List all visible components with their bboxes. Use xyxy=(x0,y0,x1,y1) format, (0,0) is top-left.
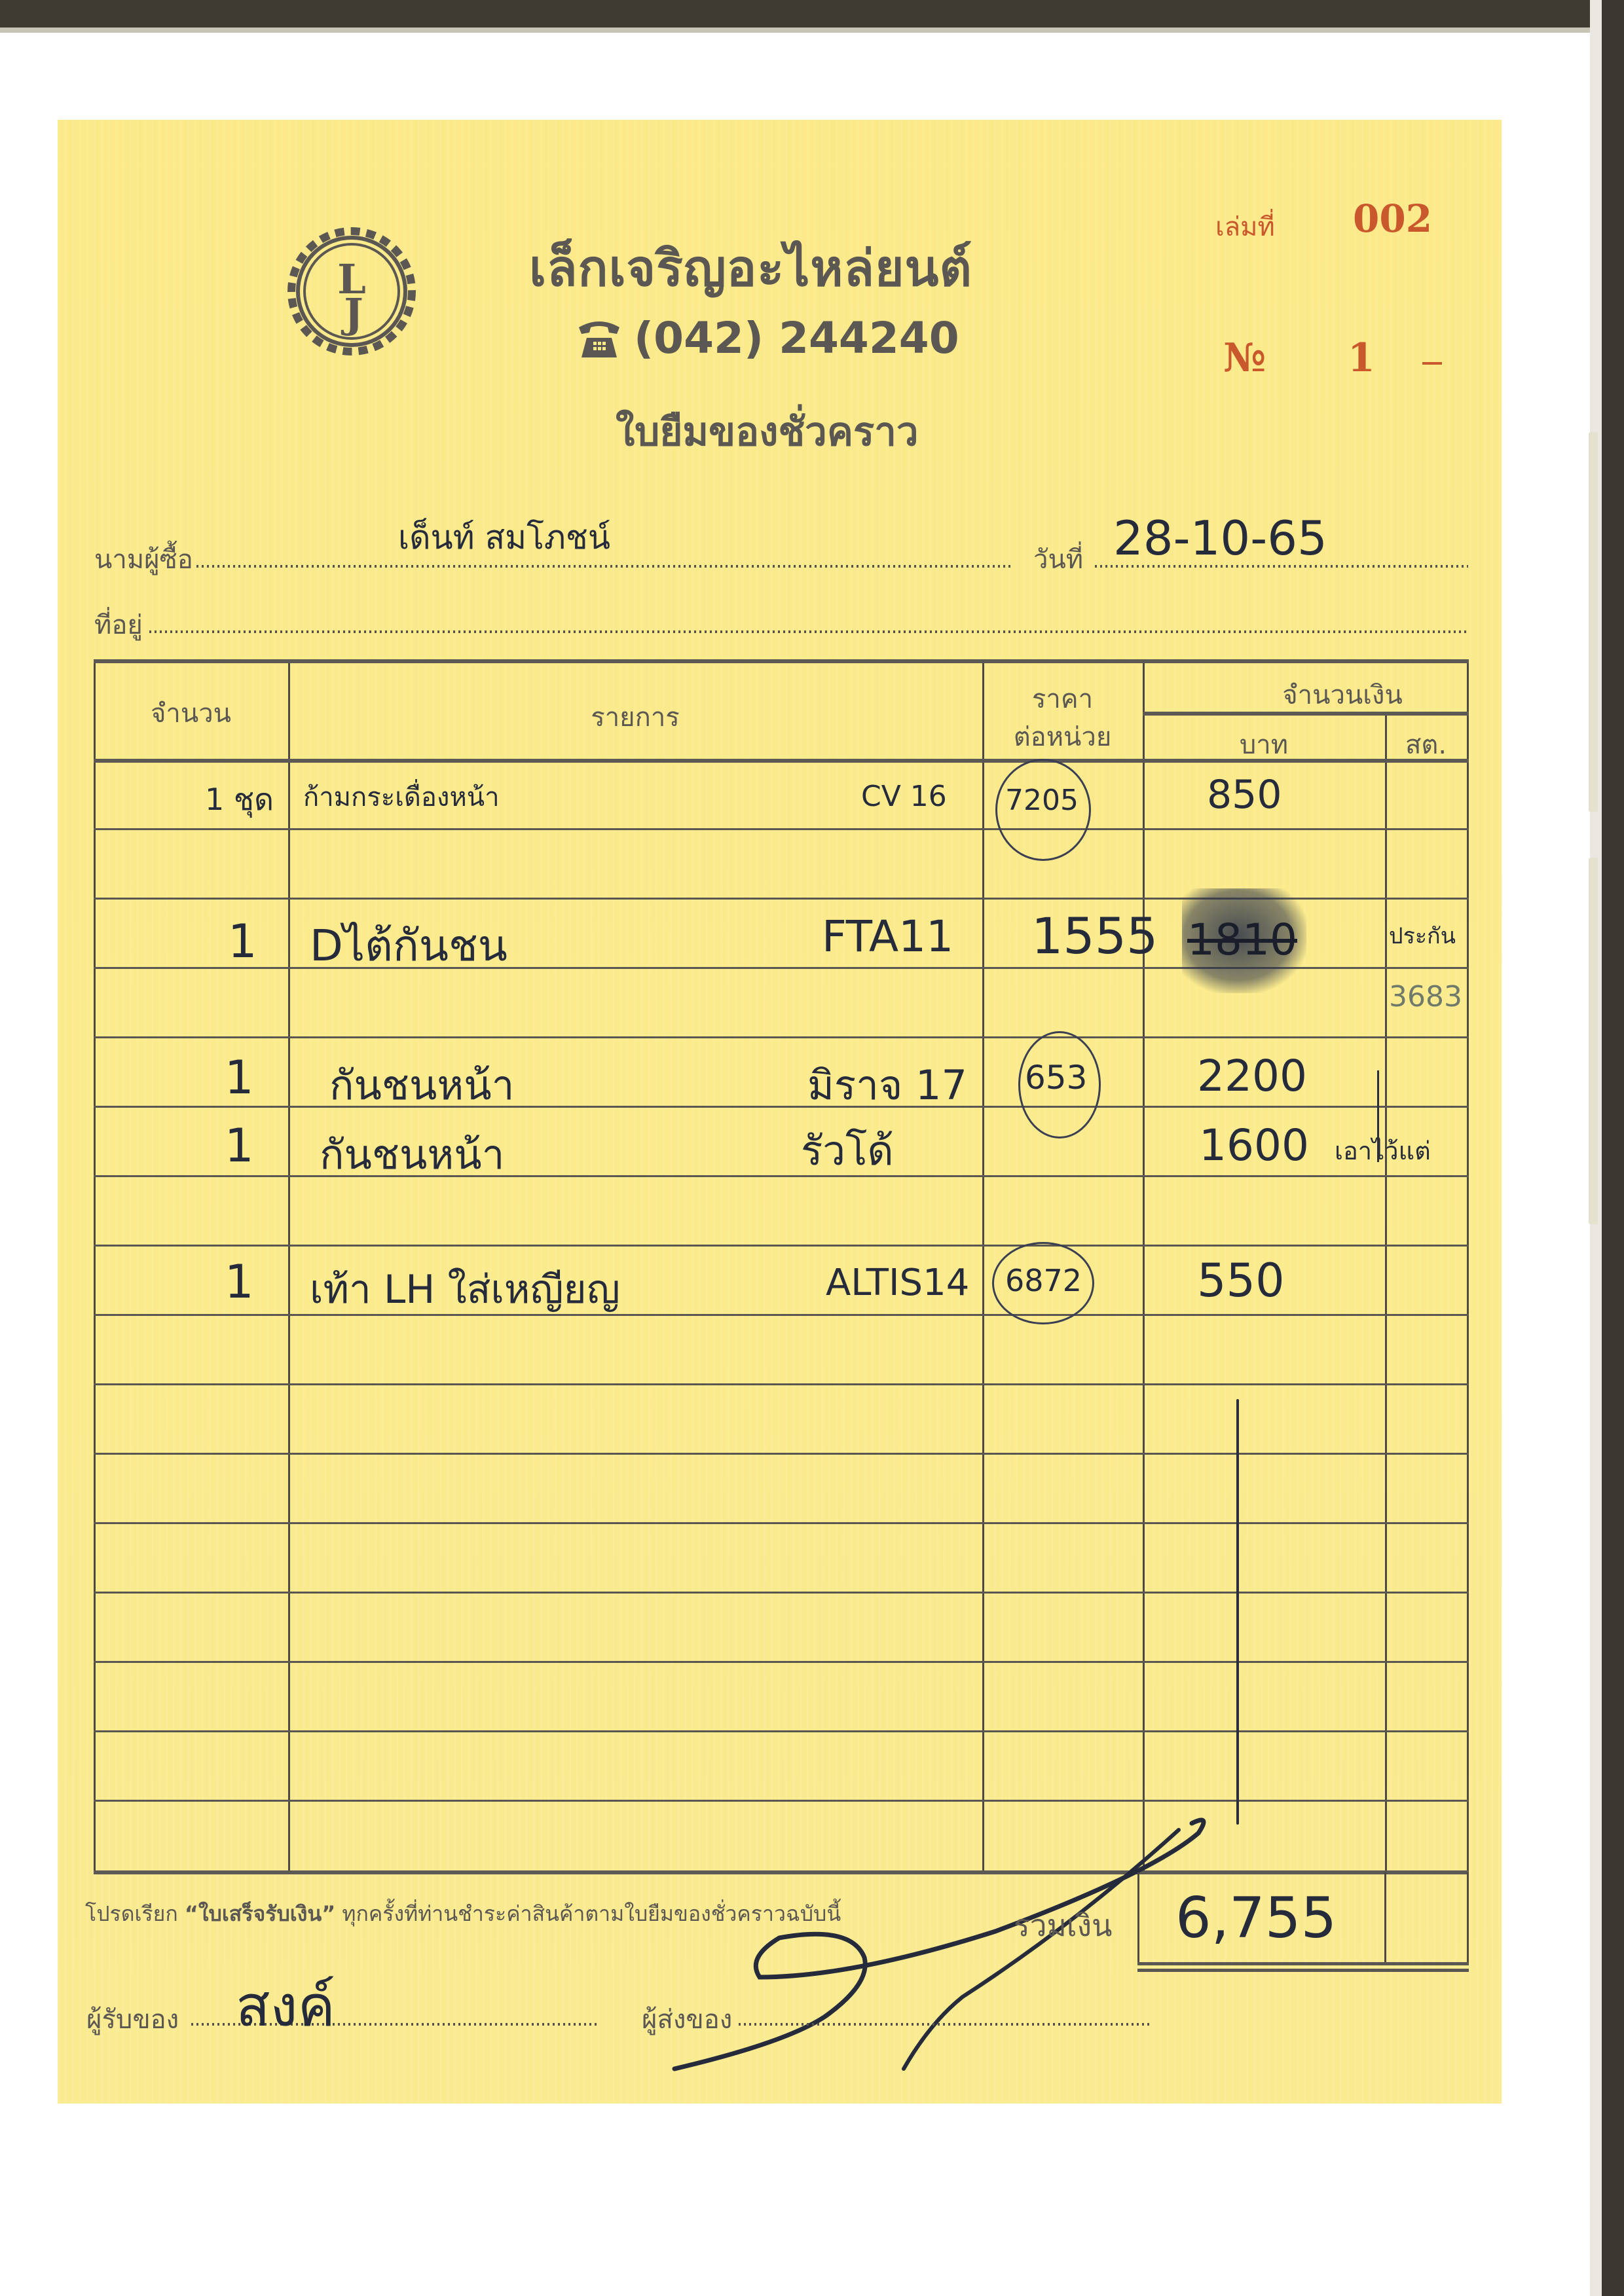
col-divider xyxy=(1143,659,1145,1874)
col-divider xyxy=(982,659,984,1874)
col-divider xyxy=(288,659,290,1874)
row-6-note[interactable]: เอาไว้แต่ xyxy=(1335,1131,1431,1171)
row-8-baht[interactable]: 550 xyxy=(1197,1254,1285,1307)
tape-strip xyxy=(1589,432,1598,812)
row-8-model[interactable]: ALTIS14 xyxy=(826,1262,969,1304)
sender-dotted-line xyxy=(739,2023,1151,2026)
row-1-model[interactable]: CV 16 xyxy=(861,780,947,813)
telephone-icon xyxy=(576,318,622,359)
buyer-value[interactable]: เด็นท์ สมโภชน์ xyxy=(398,512,610,564)
address-dotted-line xyxy=(149,630,1468,633)
row-6-qty[interactable]: 1 xyxy=(225,1119,254,1173)
header-item: รายการ xyxy=(288,696,982,738)
pen-line-strikeout xyxy=(1236,1399,1239,1825)
phone-line: (042) 244240 xyxy=(576,313,959,363)
row-4-note[interactable]: 3683 xyxy=(1389,980,1462,1013)
header-unit-price-1: ราคา xyxy=(982,678,1143,720)
receipt-emphasis: “ใบเสร็จรับเงิน” xyxy=(185,1901,335,1926)
buyer-label: นามผู้ซื้อ xyxy=(94,538,193,580)
tape-strip xyxy=(1589,858,1598,1224)
total-box: 6,755 xyxy=(1137,1872,1469,1964)
number-label: № xyxy=(1223,335,1266,381)
row-6-baht[interactable]: 1600 xyxy=(1199,1120,1309,1171)
row-8-qty[interactable]: 1 xyxy=(225,1255,254,1309)
book-number: 002 xyxy=(1353,196,1432,241)
table-top-border xyxy=(94,659,1469,663)
row-5-baht[interactable]: 2200 xyxy=(1197,1051,1307,1101)
buyer-dotted-line xyxy=(196,565,1014,568)
table-border-left xyxy=(94,659,96,1874)
header-qty: จำนวน xyxy=(94,692,288,734)
receiver-label: ผู้รับของ xyxy=(86,1998,179,2040)
row-3-unit-price[interactable]: 1555 xyxy=(1031,907,1158,965)
row-3-note[interactable]: ประกัน xyxy=(1389,918,1456,953)
row-5-unit-price[interactable]: 653 xyxy=(1025,1059,1087,1097)
document-title: ใบยืมของชั่วคราว xyxy=(616,401,919,463)
phone-number: (042) 244240 xyxy=(634,313,959,363)
book-label: เล่มที่ xyxy=(1215,206,1275,247)
header-satang: สต. xyxy=(1385,723,1467,765)
row-3-model[interactable]: FTA11 xyxy=(822,911,953,962)
header-baht: บาท xyxy=(1143,723,1385,765)
row-6-model[interactable]: รัวโด้ xyxy=(801,1119,894,1183)
table-border-right xyxy=(1467,659,1469,1874)
row-1-qty[interactable]: 1 ชุด xyxy=(205,776,274,824)
items-table: จำนวน รายการ ราคา ต่อหน่วย จำนวนเงิน บาท… xyxy=(94,659,1469,1874)
lj-gear-logo-icon: L J xyxy=(283,223,420,360)
row-1-baht[interactable]: 850 xyxy=(1207,772,1282,818)
number-dash xyxy=(1422,362,1442,365)
pen-stroke xyxy=(1377,1070,1379,1162)
receiver-value[interactable]: สงค์ xyxy=(236,1961,335,2050)
shop-name: เล็กเจริญอะไหล่ยนต์ xyxy=(529,229,972,308)
footer-note: โปรดเรียก “ใบเสร็จรับเงิน” ทุกครั้งที่ท่… xyxy=(85,1897,841,1931)
row-5-qty[interactable]: 1 xyxy=(225,1051,254,1104)
row-3-item[interactable]: Dไต้กันชน xyxy=(310,911,507,980)
col-divider xyxy=(1385,712,1387,1874)
total-label: รวมเงิน xyxy=(1014,1902,1113,1950)
row-8-unit-price[interactable]: 6872 xyxy=(1005,1263,1082,1298)
header-amount: จำนวนเงิน xyxy=(1143,674,1464,716)
row-3-baht-crossed[interactable]: 1810 xyxy=(1187,915,1297,965)
logo-letter-j: J xyxy=(341,289,363,337)
row-8-item[interactable]: เท้า LH ใส่เหญียญ xyxy=(310,1258,620,1321)
date-value[interactable]: 28-10-65 xyxy=(1113,511,1327,566)
row-6-item[interactable]: กันชนหน้า xyxy=(320,1123,504,1187)
total-value[interactable]: 6,755 xyxy=(1175,1886,1337,1951)
header-unit-price-2: ต่อหน่วย xyxy=(982,716,1143,757)
row-1-item[interactable]: ก้ามกระเดื่องหน้า xyxy=(303,776,500,818)
address-label: ที่อยู่ xyxy=(94,604,143,646)
scanner-top-edge xyxy=(0,0,1598,29)
sender-label: ผู้ส่งของ xyxy=(642,1998,732,2040)
row-3-qty[interactable]: 1 xyxy=(228,915,257,968)
date-label: วันที่ xyxy=(1033,538,1083,580)
receipt-number: 1 xyxy=(1348,335,1375,381)
row-5-item[interactable]: กันชนหน้า xyxy=(329,1053,514,1118)
row-5-model[interactable]: มิราจ 17 xyxy=(807,1053,967,1118)
row-1-unit-price[interactable]: 7205 xyxy=(1005,784,1079,817)
